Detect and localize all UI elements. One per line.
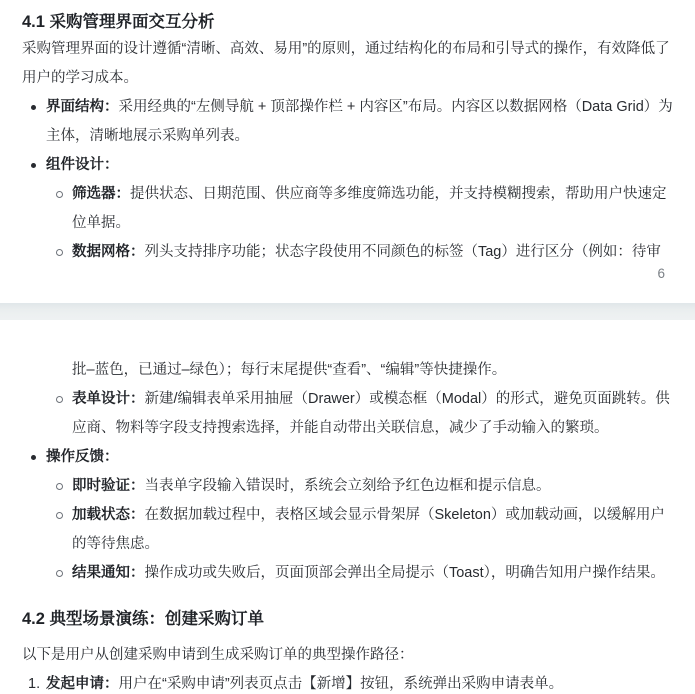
bullet-icon — [31, 105, 36, 110]
circle-bullet-icon — [56, 191, 63, 198]
section-heading-4-2: 4.2 典型场景演练：创建采购订单 — [22, 607, 673, 631]
term-text: 采用经典的“左侧导航 + 顶部操作栏 + 内容区”布局。内容区以数据网格（Dat… — [46, 99, 673, 144]
circle-bullet-icon — [56, 570, 63, 577]
list-item-content: 发起申请：用户在“采购申请”列表页点击【新增】按钮，系统弹出采购申请表单。 — [46, 676, 563, 692]
term-label: 发起申请： — [46, 676, 119, 692]
page-7: 批–蓝色，已通过–绿色）；每行末尾提供“查看”、“编辑”等快捷操作。 表单设计：… — [0, 320, 695, 694]
circle-bullet-icon — [56, 396, 63, 403]
circle-bullet-icon — [56, 512, 63, 519]
list-item-content: 表单设计：新建/编辑表单采用抽屉（Drawer）或模态框（Modal）的形式，避… — [72, 391, 670, 436]
list-item-content: 界面结构：采用经典的“左侧导航 + 顶部操作栏 + 内容区”布局。内容区以数据网… — [46, 99, 673, 144]
circle-bullet-icon — [56, 249, 63, 256]
term-label: 即时验证： — [72, 478, 145, 494]
sublist-item-data-grid: 数据网格：列头支持排序功能；状态字段使用不同颜色的标签（Tag）进行区分（例如：… — [22, 238, 673, 267]
section-heading-4-1: 4.1 采购管理界面交互分析 — [22, 10, 673, 34]
list-item-interface-structure: 界面结构：采用经典的“左侧导航 + 顶部操作栏 + 内容区”布局。内容区以数据网… — [22, 93, 673, 151]
document-viewer: 4.1 采购管理界面交互分析 采购管理界面的设计遵循“清晰、高效、易用”的原则，… — [0, 0, 695, 694]
term-label: 操作反馈： — [46, 449, 119, 465]
term-label: 组件设计： — [46, 157, 119, 173]
term-label: 数据网格： — [72, 244, 145, 260]
list-item-content: 数据网格：列头支持排序功能；状态字段使用不同颜色的标签（Tag）进行区分（例如：… — [72, 244, 661, 260]
term-text: 操作成功或失败后，页面顶部会弹出全局提示（Toast），明确告知用户操作结果。 — [145, 565, 665, 581]
term-text: 当表单字段输入错误时，系统会立刻给予红色边框和提示信息。 — [145, 478, 551, 494]
bullet-icon — [31, 455, 36, 460]
list-item-operation-feedback: 操作反馈： — [22, 443, 673, 472]
page-gap — [0, 303, 695, 320]
sublist-item-result-notification: 结果通知：操作成功或失败后，页面顶部会弹出全局提示（Toast），明确告知用户操… — [22, 559, 673, 588]
bullet-icon — [31, 163, 36, 168]
list-number: 1. — [28, 670, 40, 694]
intro-paragraph-2: 以下是用户从创建采购申请到生成采购订单的典型操作路径： — [22, 641, 673, 670]
term-text: 列头支持排序功能；状态字段使用不同颜色的标签（Tag）进行区分（例如：待审 — [145, 244, 661, 260]
sublist-item-instant-validation: 即时验证：当表单字段输入错误时，系统会立刻给予红色边框和提示信息。 — [22, 472, 673, 501]
list-item-component-design: 组件设计： — [22, 151, 673, 180]
sublist-item-loading-state: 加载状态：在数据加载过程中，表格区域会显示骨架屏（Skeleton）或加载动画，… — [22, 501, 673, 559]
list-item-content: 加载状态：在数据加载过程中，表格区域会显示骨架屏（Skeleton）或加载动画，… — [72, 507, 665, 552]
sublist-item-form-design: 表单设计：新建/编辑表单采用抽屉（Drawer）或模态框（Modal）的形式，避… — [22, 385, 673, 443]
numbered-step-1: 1. 发起申请：用户在“采购申请”列表页点击【新增】按钮，系统弹出采购申请表单。 — [22, 670, 673, 694]
term-text: 用户在“采购申请”列表页点击【新增】按钮，系统弹出采购申请表单。 — [119, 676, 564, 692]
term-label: 加载状态： — [72, 507, 145, 523]
list-item-content: 即时验证：当表单字段输入错误时，系统会立刻给予红色边框和提示信息。 — [72, 478, 551, 494]
term-label: 筛选器： — [72, 186, 130, 202]
sublist-item-filter: 筛选器：提供状态、日期范围、供应商等多维度筛选功能，并支持模糊搜索，帮助用户快速… — [22, 180, 673, 238]
continuation-text: 批–蓝色，已通过–绿色）；每行末尾提供“查看”、“编辑”等快捷操作。 — [22, 356, 673, 385]
term-label: 界面结构： — [46, 99, 119, 115]
list-item-content: 操作反馈： — [46, 449, 119, 465]
list-item-content: 结果通知：操作成功或失败后，页面顶部会弹出全局提示（Toast），明确告知用户操… — [72, 565, 665, 581]
circle-bullet-icon — [56, 483, 63, 490]
intro-paragraph: 采购管理界面的设计遵循“清晰、高效、易用”的原则，通过结构化的布局和引导式的操作… — [22, 35, 673, 93]
page-6: 4.1 采购管理界面交互分析 采购管理界面的设计遵循“清晰、高效、易用”的原则，… — [0, 0, 695, 303]
term-label: 结果通知： — [72, 565, 145, 581]
list-item-content: 筛选器：提供状态、日期范围、供应商等多维度筛选功能，并支持模糊搜索，帮助用户快速… — [72, 186, 667, 231]
term-text: 提供状态、日期范围、供应商等多维度筛选功能，并支持模糊搜索，帮助用户快速定位单据… — [72, 186, 667, 231]
page-number: 6 — [657, 266, 665, 281]
list-item-content: 组件设计： — [46, 157, 119, 173]
term-text: 在数据加载过程中，表格区域会显示骨架屏（Skeleton）或加载动画，以缓解用户… — [72, 507, 665, 552]
term-text: 新建/编辑表单采用抽屉（Drawer）或模态框（Modal）的形式，避免页面跳转… — [72, 391, 670, 436]
term-label: 表单设计： — [72, 391, 145, 407]
